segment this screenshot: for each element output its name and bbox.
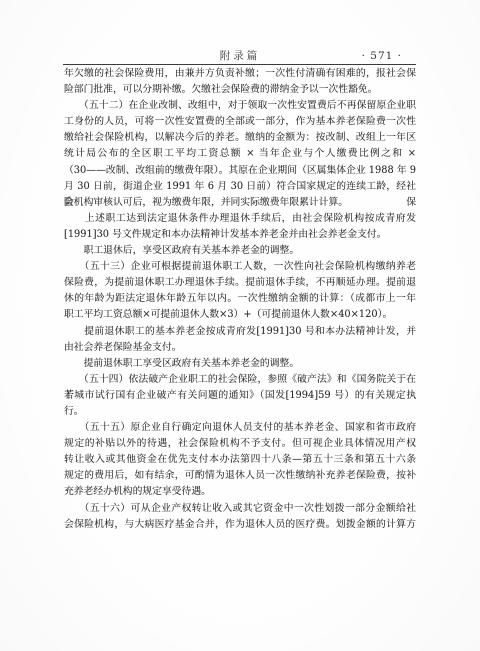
text-line: 提前退休职工的基本养老金按成青府发[1991]30 号和本办法精神计发，并: [64, 324, 416, 340]
text-line: 充养老经办机构的规定享受待遇。: [64, 484, 416, 500]
text-line: 年欠缴的社会保险费用，由兼并方负责补缴；一次性付清确有困难的，报社会保: [64, 66, 416, 82]
text-line: [1991]30 号文件规定和本办法精神计发基本养老金并由社会养老金支付。: [64, 227, 416, 243]
text-line: 险部门批准，可以分期补缴。欠缴社会保险费的滞纳金予以一次性豁免。: [64, 82, 416, 98]
text-line: （五十二）在企业改制、改组中，对于领取一次性安置费后不再保留原企业职: [64, 98, 416, 114]
text-line: 月 30 日前，街道企业 1991 年 6 月 30 日前）符合国家规定的连续工…: [64, 179, 416, 195]
text-line: 干城市试行国有企业破产有关问题的通知》（国发[1994]59 号）的有关规定执: [64, 388, 416, 404]
header-rule: [63, 64, 416, 65]
text-line: （30——改制、改组前的缴费年限）。其原在企业期间（区属集体企业 1988 年 …: [64, 163, 416, 179]
text-line: 休的年龄为距法定退休年龄五年以内。一次性缴纳金额的计算：（成都市上一年: [64, 291, 416, 307]
text-line: 上述职工达到法定退休条件办理退休手续后，由社会保险机构按成青府发: [64, 211, 416, 227]
page-number: · 571 ·: [362, 50, 402, 62]
text-line: 转让收入或其他资金在优先支付本办法第四十八条—第五十三条和第五十六条: [64, 452, 416, 468]
text-line: 保险费，为提前退休职工办理退休手续。提前退休手续，不再顺延办理。提前退: [64, 275, 416, 291]
text-line: 统计局公布的全区职工平均工资总额 × 当年企业与个人缴费比例之和 ×: [64, 146, 416, 162]
text-line: 提前退休职工享受区政府有关基本养老金的调整。: [64, 356, 416, 372]
text-line: 会保险机构，与大病医疗基金合并，作为退休人员的医疗费。划拨金额的计算方: [64, 517, 416, 533]
text-line: 职工退休后，享受区政府有关基本养老金的调整。: [64, 243, 416, 259]
text-line: （五十六）可从企业产权转让收入或其它资金中一次性划拨一部分金额给社: [64, 501, 416, 517]
body-text: 年欠缴的社会保险费用，由兼并方负责补缴；一次性付清确有困难的，报社会保险部门批准…: [64, 66, 416, 533]
text-line: （五十三）企业可根据提前退休职工人数，一次性向社会保险机构缴纳养老: [64, 259, 416, 275]
text-line: 缴给社会保险机构，以解决今后的养老。缴纳的金额为：按改制、改组上一年区: [64, 130, 416, 146]
text-line: （五十四）依法破产企业职工的社会保险，参照《破产法》和《国务院关于在若: [64, 372, 416, 388]
text-line: 行。: [64, 404, 416, 420]
scanned-document-page: 附录篇 · 571 · 年欠缴的社会保险费用，由兼并方负责补缴；一次性付清确有困…: [0, 0, 480, 651]
text-line: 由社会养老保险基金支付。: [64, 340, 416, 356]
text-line: 规定的补贴以外的待遇，社会保险机构不予支付。但可视企业具体情况用产权: [64, 436, 416, 452]
text-line: 规定的费用后，如有结余，可酌情为退休人员一次性缴纳补充养老保险费，按补: [64, 468, 416, 484]
text-line: （五十五）原企业自行确定向退休人员支付的基本养老金、国家和省市政府: [64, 420, 416, 436]
text-line: 工身份的人员，可将一次性安置费的全部或一部分，作为基本养老保险费一次性: [64, 114, 416, 130]
running-header: 附录篇 · 571 ·: [64, 50, 416, 64]
text-line: 职工平均工资总额×可提前退休人数×3）+（可提前退休人数×40×120）。: [64, 307, 416, 323]
